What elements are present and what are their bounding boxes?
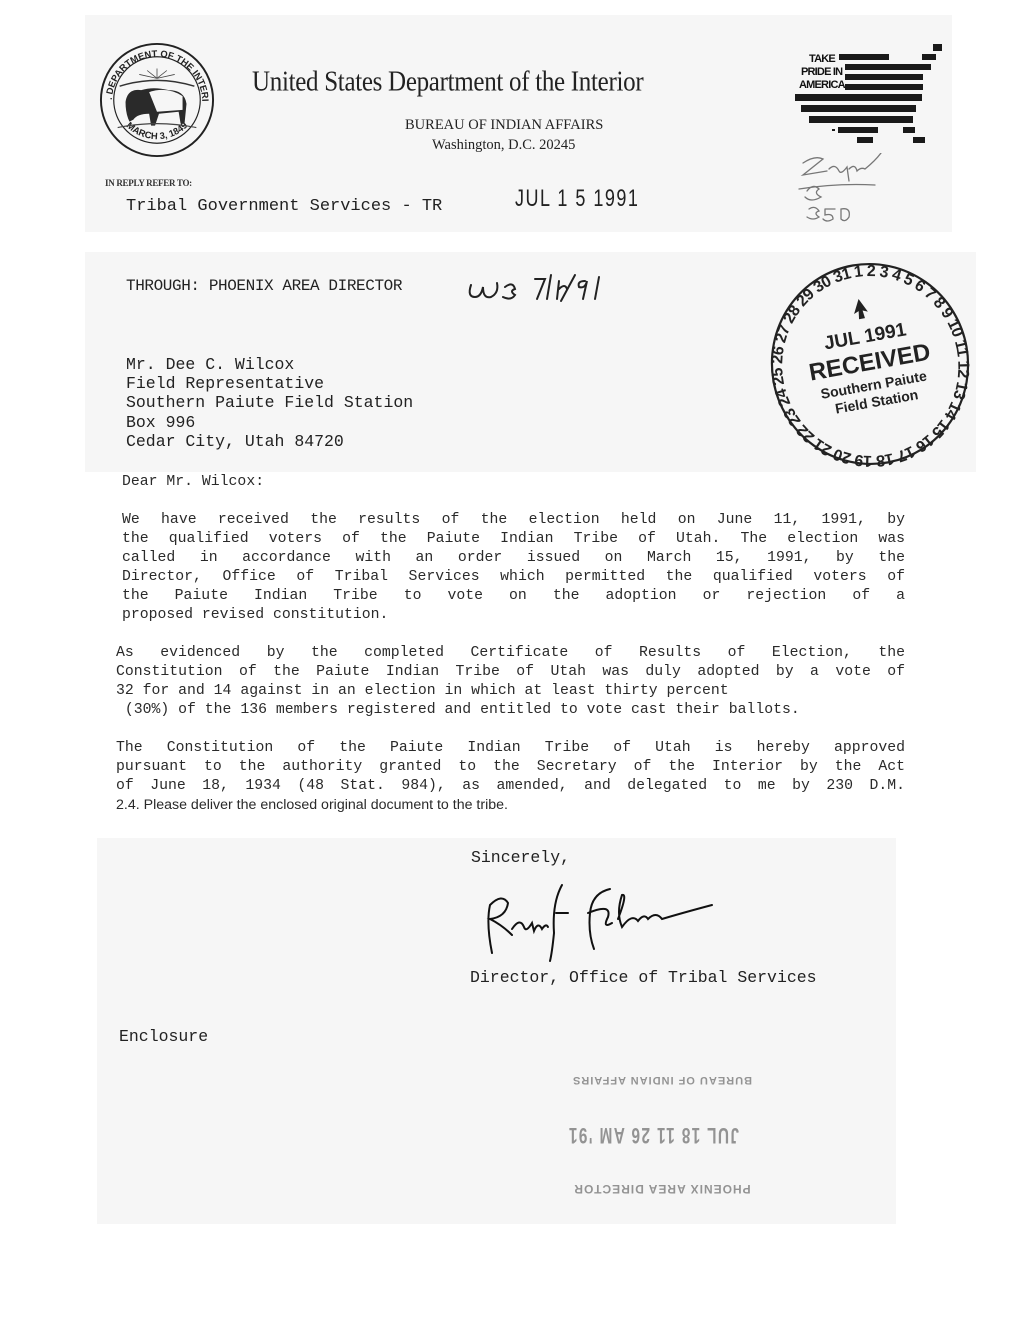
stamp-office: PHOENIX AREA DIRECTOR [552, 1182, 772, 1196]
paragraph-line: Constitution of the Paiute Indian Tribe … [116, 663, 905, 682]
bureau-address: Washington, D.C. 20245 [432, 137, 575, 154]
through-line: THROUGH: PHOENIX AREA DIRECTOR [126, 277, 402, 295]
received-stamp: 1 2 3 4 5 6 7 8 9 10 11 12 13 14 15 16 1… [765, 258, 975, 470]
bureau-name: BUREAU OF INDIAN AFFAIRS [405, 117, 603, 134]
handwritten-initials [465, 267, 630, 307]
paragraph-line: The Constitution of the Paiute Indian Tr… [116, 739, 905, 758]
paragraph-approval: The Constitution of the Paiute Indian Tr… [116, 739, 905, 815]
recipient-city: Cedar City, Utah 84720 [126, 432, 344, 451]
paragraph-line: proposed revised constitution. [122, 606, 905, 625]
svg-text:TAKE: TAKE [809, 53, 835, 65]
recipient-box: Box 996 [126, 413, 195, 432]
doi-bison-seal-icon: U.S. DEPARTMENT OF THE INTERIOR MARCH 3,… [98, 41, 216, 159]
paragraph-line: We have received the results of the elec… [122, 511, 905, 530]
svg-text:PRIDE IN: PRIDE IN [801, 66, 843, 78]
recipient-title: Field Representative [126, 374, 324, 393]
paragraph-line: Director, Office of Tribal Services whic… [122, 568, 905, 587]
stamp-datetime: JUL 18 11 26 AM '91 [585, 1122, 739, 1148]
paragraph-line: called in accordance with an order issue… [122, 549, 905, 568]
valediction: Sincerely, [471, 848, 570, 867]
paragraph-line: pursuant to the authority granted to the… [116, 758, 905, 777]
paragraph-line: of June 18, 1934 (48 Stat. 984), as amen… [116, 777, 905, 796]
signer-title: Director, Office of Tribal Services [470, 968, 817, 987]
signature-block: Sincerely, Ronal Eden Director, Office o… [97, 838, 896, 1224]
enclosure-note: Enclosure [119, 1027, 208, 1046]
department-title: United States Department of the Interior [252, 67, 643, 98]
paragraph-line: (30%) of the 136 members registered and … [116, 701, 905, 720]
recipient-organization: Southern Paiute Field Station [126, 393, 413, 412]
take-pride-in-america-flag-icon: TAKE PRIDE IN AMERICA [795, 42, 945, 157]
reply-refer-label: IN REPLY REFER TO: [105, 178, 192, 188]
stamp-bureau: BUREAU OF INDIAN AFFAIRS [552, 1074, 772, 1086]
svg-text:AMERICA: AMERICA [799, 79, 846, 91]
letterhead: U.S. DEPARTMENT OF THE INTERIOR MARCH 3,… [85, 15, 952, 232]
paragraph-line: 2.4. Please deliver the enclosed origina… [116, 796, 905, 815]
paragraph-line: As evidenced by the completed Certificat… [116, 644, 905, 663]
handwritten-note [797, 153, 887, 225]
address-block: THROUGH: PHOENIX AREA DIRECTOR Mr. Dee C… [85, 252, 976, 472]
salutation: Dear Mr. Wilcox: [122, 473, 264, 492]
date-stamp: JUL 1 5 1991 [515, 185, 639, 213]
paragraph-line: 32 for and 14 against in an election in … [116, 682, 905, 701]
arrow-up-icon [852, 298, 869, 320]
paragraph-line: the Paiute Indian Tribe to vote on the a… [122, 587, 905, 606]
paragraph-certificate: As evidenced by the completed Certificat… [116, 644, 905, 720]
bia-received-stamp: PHOENIX AREA DIRECTOR JUL 18 11 26 AM '9… [552, 1053, 772, 1208]
recipient-name: Mr. Dee C. Wilcox [126, 355, 294, 374]
paragraph-election-results: We have received the results of the elec… [122, 511, 905, 626]
paragraph-line: the qualified voters of the Paiute India… [122, 530, 905, 549]
handwritten-signature: Ronal Eden [472, 883, 722, 963]
reply-reference: Tribal Government Services - TR [126, 197, 442, 216]
